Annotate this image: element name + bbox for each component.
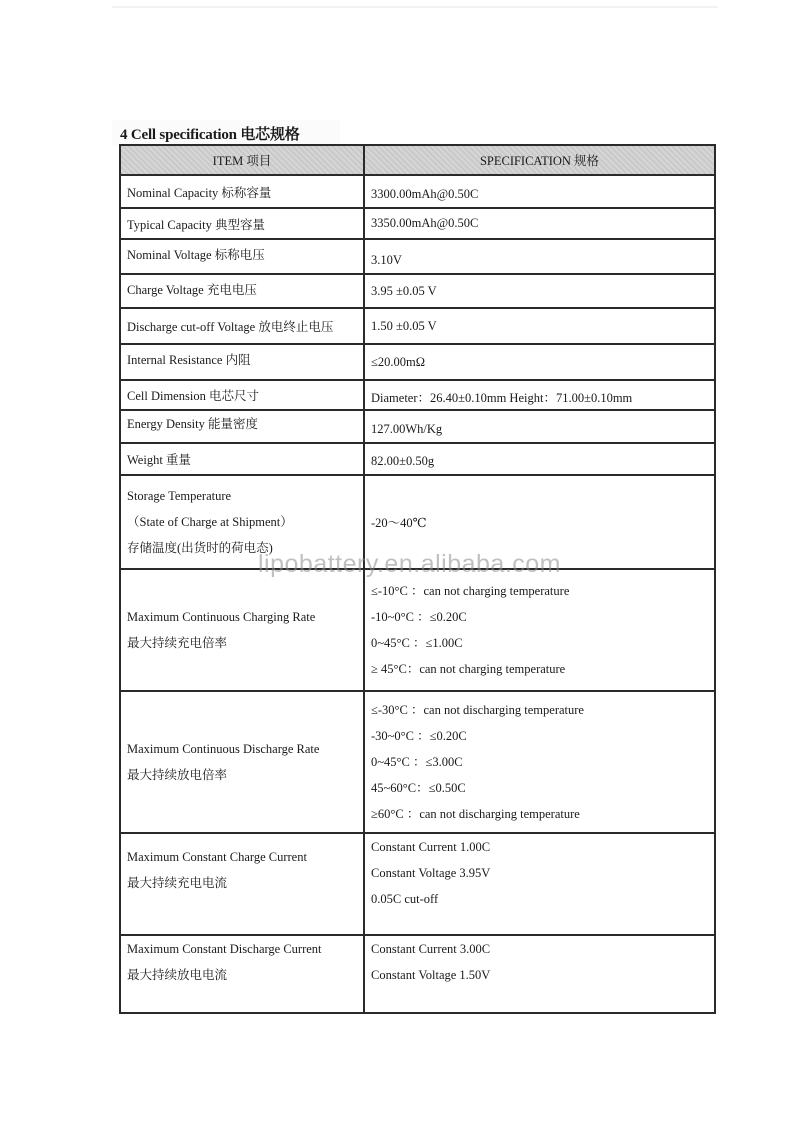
item-line: 存储温度(出货时的荷电态) xyxy=(127,535,357,561)
spec-typical-capacity: 3350.00mAh@0.50C xyxy=(364,208,715,239)
item-typical-capacity: Typical Capacity 典型容量 xyxy=(120,208,364,239)
spec-line: 45~60°C：≤0.50C xyxy=(371,775,708,801)
spec-line: Constant Voltage 1.50V xyxy=(371,962,708,988)
item-line: Maximum Constant Charge Current xyxy=(127,844,357,870)
spec-charge-voltage: 3.95 ±0.05 V xyxy=(364,274,715,308)
spec-nominal-capacity: 3300.00mAh@0.50C xyxy=(364,175,715,208)
table-row: Nominal Capacity 标称容量 3300.00mAh@0.50C xyxy=(120,175,715,208)
table-row: Weight 重量 82.00±0.50g xyxy=(120,443,715,475)
item-nominal-capacity: Nominal Capacity 标称容量 xyxy=(120,175,364,208)
table-row: Discharge cut-off Voltage 放电终止电压 1.50 ±0… xyxy=(120,308,715,344)
spec-line: -10~0°C ：≤0.20C xyxy=(371,604,708,630)
item-line: 最大持续放电倍率 xyxy=(127,762,357,788)
table-row: Energy Density 能量密度 127.00Wh/Kg xyxy=(120,410,715,443)
spec-max-constant-charge-current: Constant Current 1.00C Constant Voltage … xyxy=(364,833,715,935)
spec-line: ≥ 45°C：can not charging temperature xyxy=(371,656,708,682)
spec-cell-dimension: Diameter：26.40±0.10mm Height：71.00±0.10m… xyxy=(364,380,715,410)
table-row: Maximum Continuous Charging Rate 最大持续充电倍… xyxy=(120,569,715,691)
spec-discharge-cutoff-voltage: 1.50 ±0.05 V xyxy=(364,308,715,344)
item-line: Maximum Constant Discharge Current xyxy=(127,936,357,962)
table-row: Maximum Constant Discharge Current 最大持续放… xyxy=(120,935,715,1013)
page-top-rule xyxy=(112,6,718,8)
item-weight: Weight 重量 xyxy=(120,443,364,475)
spec-line: Constant Current 1.00C xyxy=(371,834,708,860)
spec-max-continuous-charging-rate: ≤-10°C ：can not charging temperature -10… xyxy=(364,569,715,691)
table-row: Cell Dimension 电芯尺寸 Diameter：26.40±0.10m… xyxy=(120,380,715,410)
item-max-constant-charge-current: Maximum Constant Charge Current 最大持续充电电流 xyxy=(120,833,364,935)
header-specification: SPECIFICATION 规格 xyxy=(364,145,715,175)
spec-line: 0~45°C ：≤1.00C xyxy=(371,630,708,656)
item-energy-density: Energy Density 能量密度 xyxy=(120,410,364,443)
table-row: Maximum Continuous Discharge Rate 最大持续放电… xyxy=(120,691,715,833)
item-cell-dimension: Cell Dimension 电芯尺寸 xyxy=(120,380,364,410)
table-row: Maximum Constant Charge Current 最大持续充电电流… xyxy=(120,833,715,935)
item-max-constant-discharge-current: Maximum Constant Discharge Current 最大持续放… xyxy=(120,935,364,1013)
spec-line: ≥60°C ：can not discharging temperature xyxy=(371,801,708,827)
item-discharge-cutoff-voltage: Discharge cut-off Voltage 放电终止电压 xyxy=(120,308,364,344)
table-row: Charge Voltage 充电电压 3.95 ±0.05 V xyxy=(120,274,715,308)
section-title: 4 Cell specification 电芯规格 xyxy=(120,123,300,144)
spec-line: 0.05C cut-off xyxy=(371,886,708,912)
item-max-continuous-discharge-rate: Maximum Continuous Discharge Rate 最大持续放电… xyxy=(120,691,364,833)
spec-max-continuous-discharge-rate: ≤-30°C ：can not discharging temperature … xyxy=(364,691,715,833)
table-row: Storage Temperature （State of Charge at … xyxy=(120,475,715,569)
spec-energy-density: 127.00Wh/Kg xyxy=(364,410,715,443)
spec-internal-resistance: ≤20.00mΩ xyxy=(364,344,715,380)
header-item: ITEM 项目 xyxy=(120,145,364,175)
table-row: Internal Resistance 内阻 ≤20.00mΩ xyxy=(120,344,715,380)
item-max-continuous-charging-rate: Maximum Continuous Charging Rate 最大持续充电倍… xyxy=(120,569,364,691)
item-line: （State of Charge at Shipment） xyxy=(127,509,357,535)
item-line: Maximum Continuous Charging Rate xyxy=(127,604,357,630)
item-internal-resistance: Internal Resistance 内阻 xyxy=(120,344,364,380)
spec-line: -30~0°C ：≤0.20C xyxy=(371,723,708,749)
item-line: 最大持续充电电流 xyxy=(127,870,357,896)
item-nominal-voltage: Nominal Voltage 标称电压 xyxy=(120,239,364,274)
item-line: 最大持续放电电流 xyxy=(127,962,357,988)
spec-storage-temperature: -20～40℃ xyxy=(364,475,715,569)
spec-nominal-voltage: 3.10V xyxy=(364,239,715,274)
spec-weight: 82.00±0.50g xyxy=(364,443,715,475)
table-row: Nominal Voltage 标称电压 3.10V xyxy=(120,239,715,274)
spec-max-constant-discharge-current: Constant Current 3.00C Constant Voltage … xyxy=(364,935,715,1013)
table-row: Typical Capacity 典型容量 3350.00mAh@0.50C xyxy=(120,208,715,239)
spec-line: Constant Current 3.00C xyxy=(371,936,708,962)
spec-line: 0~45°C ：≤3.00C xyxy=(371,749,708,775)
item-line: 最大持续充电倍率 xyxy=(127,630,357,656)
spec-line: ≤-10°C ：can not charging temperature xyxy=(371,578,708,604)
cell-specification-table: ITEM 项目 SPECIFICATION 规格 Nominal Capacit… xyxy=(119,144,716,1014)
spec-line: ≤-30°C ：can not discharging temperature xyxy=(371,697,708,723)
spec-line: Constant Voltage 3.95V xyxy=(371,860,708,886)
item-line: Storage Temperature xyxy=(127,483,357,509)
table-header-row: ITEM 项目 SPECIFICATION 规格 xyxy=(120,145,715,175)
item-charge-voltage: Charge Voltage 充电电压 xyxy=(120,274,364,308)
item-storage-temperature: Storage Temperature （State of Charge at … xyxy=(120,475,364,569)
item-line: Maximum Continuous Discharge Rate xyxy=(127,736,357,762)
